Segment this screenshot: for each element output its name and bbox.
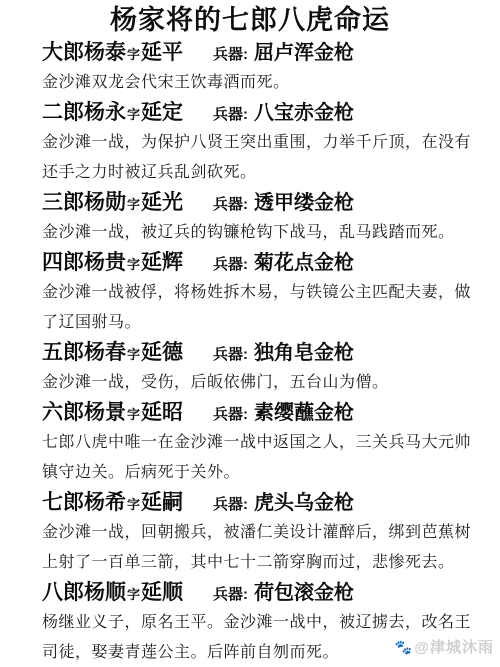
weapon-label: 兵器: [213,256,248,273]
brother-fate: 金沙滩一战，为保护八贤王突出重围，力举千斤顶，在没有还手之力时被辽兵乱剑砍死。 [42,128,478,188]
weapon-label: 兵器: [213,406,248,423]
courtesy-name: 延德 [141,341,183,364]
weapon-name: 菊花点金枪 [254,252,354,274]
brother-header: 大郎杨泰字延平兵器:屈卢浑金枪 [42,38,478,68]
courtesy-label: 字 [127,257,140,272]
weapon-label: 兵器: [213,346,248,363]
courtesy-name: 延定 [141,101,183,124]
brother-header: 五郎杨春字延德兵器:独角皂金枪 [42,338,478,368]
courtesy-name: 延嗣 [141,491,183,514]
courtesy-name: 延辉 [141,251,183,274]
weapon-label: 兵器: [213,46,248,63]
brother-name: 二郎杨永 [42,101,126,124]
brother-section: 六郎杨景字延昭兵器:素缨蘸金枪 七郎八虎中唯一在金沙滩一战中返国之人，三关兵马大… [42,398,478,488]
weapon-name: 荷包滚金枪 [254,582,354,604]
courtesy-label: 字 [127,587,140,602]
courtesy-name: 延昭 [141,401,183,424]
watermark-text: @津城沐雨 [414,639,494,656]
brother-fate: 金沙滩一战，受伤，后皈依佛门，五台山为僧。 [42,368,478,398]
brother-section: 三郎杨勋字延光兵器:透甲缕金枪 金沙滩一战，被辽兵的钩镰枪钩下战马，乱马践踏而死… [42,188,478,248]
courtesy-label: 字 [127,497,140,512]
weapon-name: 独角皂金枪 [254,342,354,364]
weapon-label: 兵器: [213,586,248,603]
brother-header: 四郎杨贵字延辉兵器:菊花点金枪 [42,248,478,278]
document-page: 杨家将的七郎八虎命运 大郎杨泰字延平兵器:屈卢浑金枪 金沙滩双龙会代宋王饮毒酒而… [0,0,500,667]
weapon-label: 兵器: [213,106,248,123]
weapon-name: 屈卢浑金枪 [254,42,354,64]
sections-list: 大郎杨泰字延平兵器:屈卢浑金枪 金沙滩双龙会代宋王饮毒酒而死。 二郎杨永字延定兵… [0,36,500,667]
paw-icon: 🐾 [395,639,413,655]
courtesy-label: 字 [127,107,140,122]
courtesy-label: 字 [127,197,140,212]
brother-name: 七郎杨希 [42,491,126,514]
brother-header: 三郎杨勋字延光兵器:透甲缕金枪 [42,188,478,218]
courtesy-label: 字 [127,347,140,362]
brother-section: 大郎杨泰字延平兵器:屈卢浑金枪 金沙滩双龙会代宋王饮毒酒而死。 [42,38,478,98]
brother-section: 七郎杨希字延嗣兵器:虎头乌金枪 金沙滩一战，回朝搬兵，被潘仁美设计灌醉后，绑到芭… [42,488,478,578]
courtesy-name: 延平 [141,41,183,64]
brother-name: 八郎杨顺 [42,581,126,604]
brother-fate: 金沙滩一战，被辽兵的钩镰枪钩下战马，乱马践踏而死。 [42,218,478,248]
brother-header: 二郎杨永字延定兵器:八宝赤金枪 [42,98,478,128]
brother-name: 六郎杨景 [42,401,126,424]
brother-section: 四郎杨贵字延辉兵器:菊花点金枪 金沙滩一战被俘，将杨姓拆木易，与铁镜公主匹配夫妻… [42,248,478,338]
weapon-name: 素缨蘸金枪 [254,402,354,424]
brother-header: 八郎杨顺字延顺兵器:荷包滚金枪 [42,578,478,608]
weapon-label: 兵器: [213,496,248,513]
page-title: 杨家将的七郎八虎命运 [0,0,500,36]
brother-fate: 七郎八虎中唯一在金沙滩一战中返国之人，三关兵马大元帅镇守边关。后病死于关外。 [42,428,478,488]
watermark: 🐾@津城沐雨 [395,636,494,657]
brother-name: 大郎杨泰 [42,41,126,64]
brother-fate: 金沙滩双龙会代宋王饮毒酒而死。 [42,68,478,98]
brother-header: 七郎杨希字延嗣兵器:虎头乌金枪 [42,488,478,518]
courtesy-label: 字 [127,47,140,62]
courtesy-name: 延光 [141,191,183,214]
weapon-name: 八宝赤金枪 [254,102,354,124]
weapon-label: 兵器: [213,196,248,213]
brother-name: 四郎杨贵 [42,251,126,274]
courtesy-label: 字 [127,407,140,422]
courtesy-name: 延顺 [141,581,183,604]
brother-fate: 金沙滩一战，回朝搬兵，被潘仁美设计灌醉后，绑到芭蕉树上射了一百单三箭，其中七十二… [42,518,478,578]
brother-name: 三郎杨勋 [42,191,126,214]
brother-fate: 金沙滩一战被俘，将杨姓拆木易，与铁镜公主匹配夫妻，做了辽国驸马。 [42,278,478,338]
brother-section: 五郎杨春字延德兵器:独角皂金枪 金沙滩一战，受伤，后皈依佛门，五台山为僧。 [42,338,478,398]
brother-name: 五郎杨春 [42,341,126,364]
weapon-name: 透甲缕金枪 [254,192,354,214]
brother-header: 六郎杨景字延昭兵器:素缨蘸金枪 [42,398,478,428]
brother-section: 二郎杨永字延定兵器:八宝赤金枪 金沙滩一战，为保护八贤王突出重围，力举千斤顶，在… [42,98,478,188]
weapon-name: 虎头乌金枪 [254,492,354,514]
